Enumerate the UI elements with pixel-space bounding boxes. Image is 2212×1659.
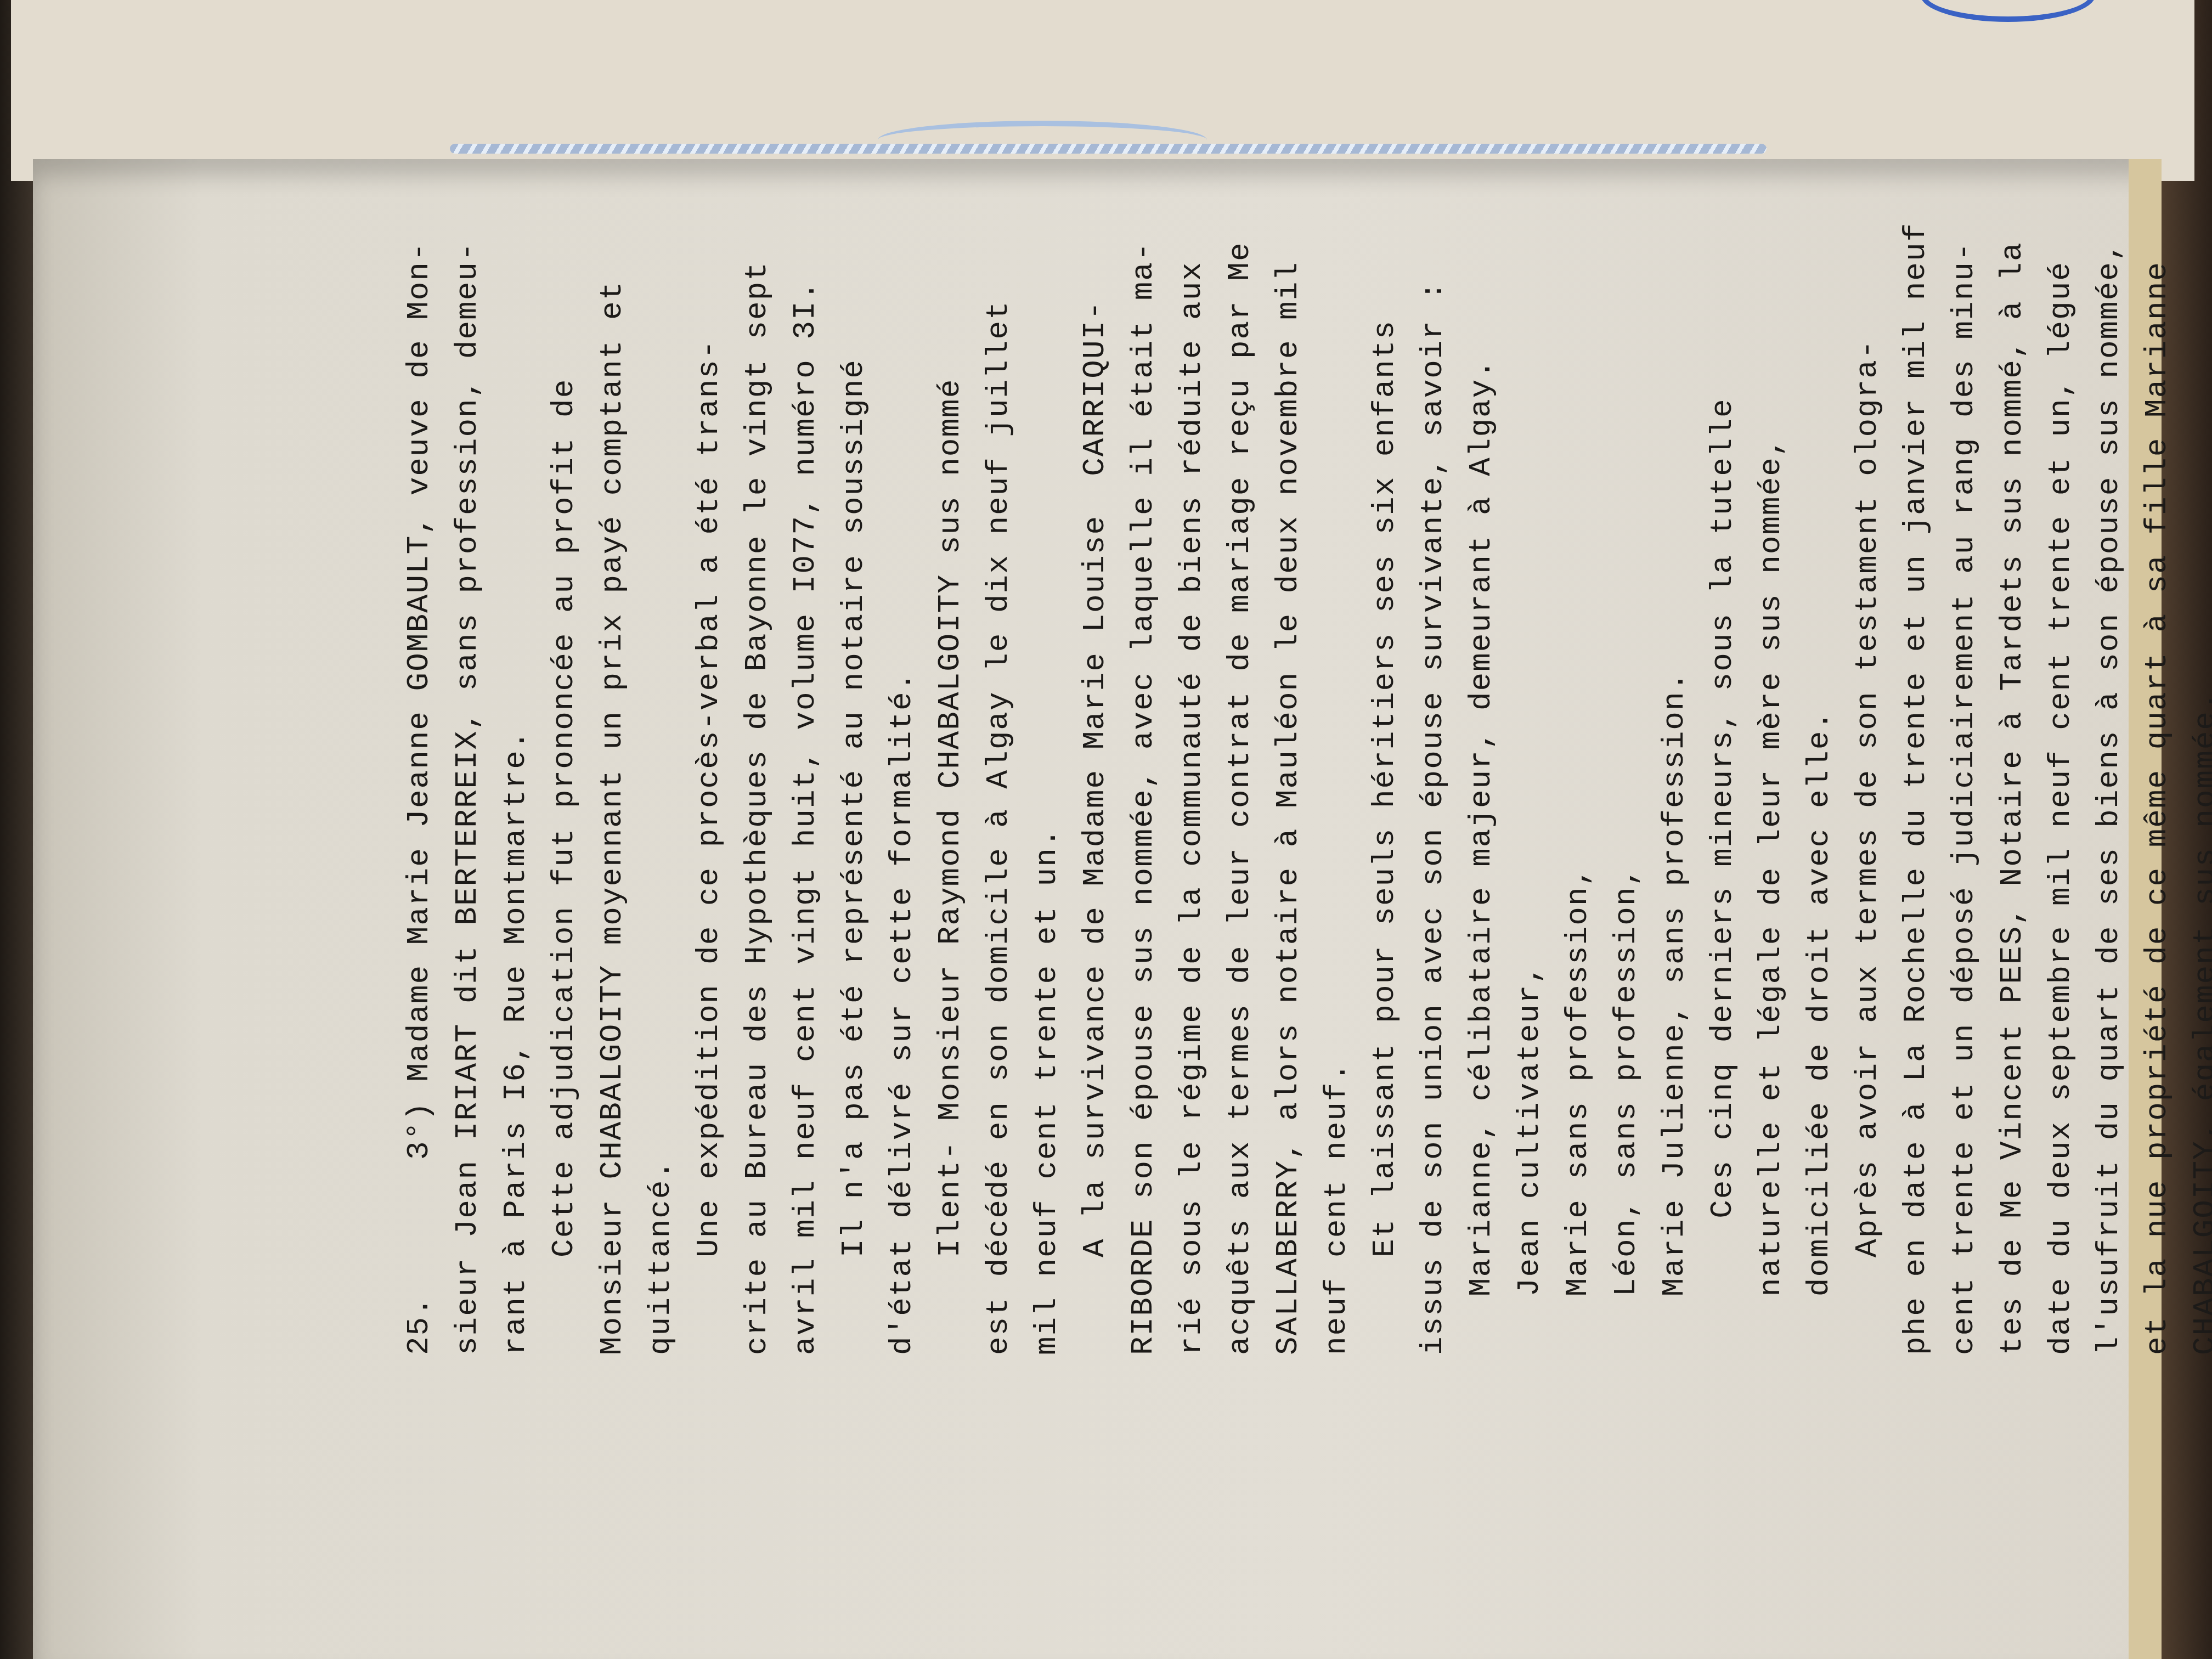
text-line: rant à Paris I6, Rue Montmartre.: [492, 148, 540, 1355]
text-line: neuf cent neuf.: [1312, 148, 1361, 1355]
text-line: et la nue propriété de ce même quart à s…: [2133, 148, 2181, 1355]
text-line: sieur Jean IRIART dit BERTERREIX, sans p…: [443, 148, 492, 1355]
text-line: cent trente et un déposé judiciairement …: [1940, 148, 1988, 1355]
text-line: Marie Julienne, sans profession.: [1650, 148, 1699, 1355]
text-line: avril mil neuf cent vingt huit, volume I…: [781, 148, 830, 1355]
text-line: Marie sans profession,: [1554, 148, 1602, 1355]
text-line: RIBORDE son épouse sus nommée, avec laqu…: [1119, 148, 1167, 1355]
text-line: tes de Me Vincent PEES, Notaire à Tardet…: [1988, 148, 2036, 1355]
text-line: A la survivance de Madame Marie Louise C…: [1071, 148, 1119, 1355]
text-line: mil neuf cent trente et un.: [1023, 148, 1071, 1355]
typewritten-text-block: 25. 3°) Madame Marie Jeanne GOMBAULT, ve…: [395, 148, 2041, 1355]
text-line: 25. 3°) Madame Marie Jeanne GOMBAULT, ve…: [395, 148, 443, 1355]
text-line: domiciliée de droit avec elle.: [1795, 148, 1843, 1355]
text-line: SALLABERRY, alors notaire à Mauléon le d…: [1264, 148, 1312, 1355]
text-line: est décédé en son domicile à Algay le di…: [974, 148, 1023, 1355]
text-line: Léon, sans profession,: [1602, 148, 1650, 1355]
text-line: Jean cultivateur,: [1505, 148, 1554, 1355]
text-line: d'état délivré sur cette formalité.: [878, 148, 926, 1355]
text-line: Monsieur CHABALGOITY moyennant un prix p…: [588, 148, 636, 1355]
text-line: crite au Bureau des Hypothèques de Bayon…: [733, 148, 781, 1355]
text-line: Cette adjudication fut prononcée au prof…: [540, 148, 588, 1355]
text-line: Une expédition de ce procès-verbal a été…: [685, 148, 733, 1355]
text-line: date du deux septembre mil neuf cent tre…: [2036, 148, 2085, 1355]
text-line: naturelle et légale de leur mère sus nom…: [1747, 148, 1795, 1355]
text-line: Après avoir aux termes de son testament …: [1843, 148, 1892, 1355]
text-line: Et laissant pour seuls héritiers ses six…: [1361, 148, 1409, 1355]
text-line: quittancé.: [636, 148, 685, 1355]
text-line: acquêts aux termes de leur contrat de ma…: [1216, 148, 1264, 1355]
text-line: issus de son union avec son épouse survi…: [1409, 148, 1457, 1355]
text-line: Ilent- Monsieur Raymond CHABALGOITY sus …: [926, 148, 974, 1355]
text-line: CHABALGOITY, également sus nommée.: [2181, 148, 2212, 1355]
text-line: l'usufruit du quart de ses biens à son é…: [2085, 148, 2133, 1355]
text-line: Ces cinq derniers mineurs, sous la tutel…: [1699, 148, 1747, 1355]
text-line: rié sous le régime de la communauté de b…: [1167, 148, 1216, 1355]
text-line: Marianne, célibataire majeur, demeurant …: [1457, 148, 1505, 1355]
text-line: Il n'a pas été représenté au notaire sou…: [830, 148, 878, 1355]
text-line: phe en date à La Rochelle du trente et u…: [1892, 148, 1940, 1355]
blue-stamp-seal: [1920, 0, 2096, 22]
